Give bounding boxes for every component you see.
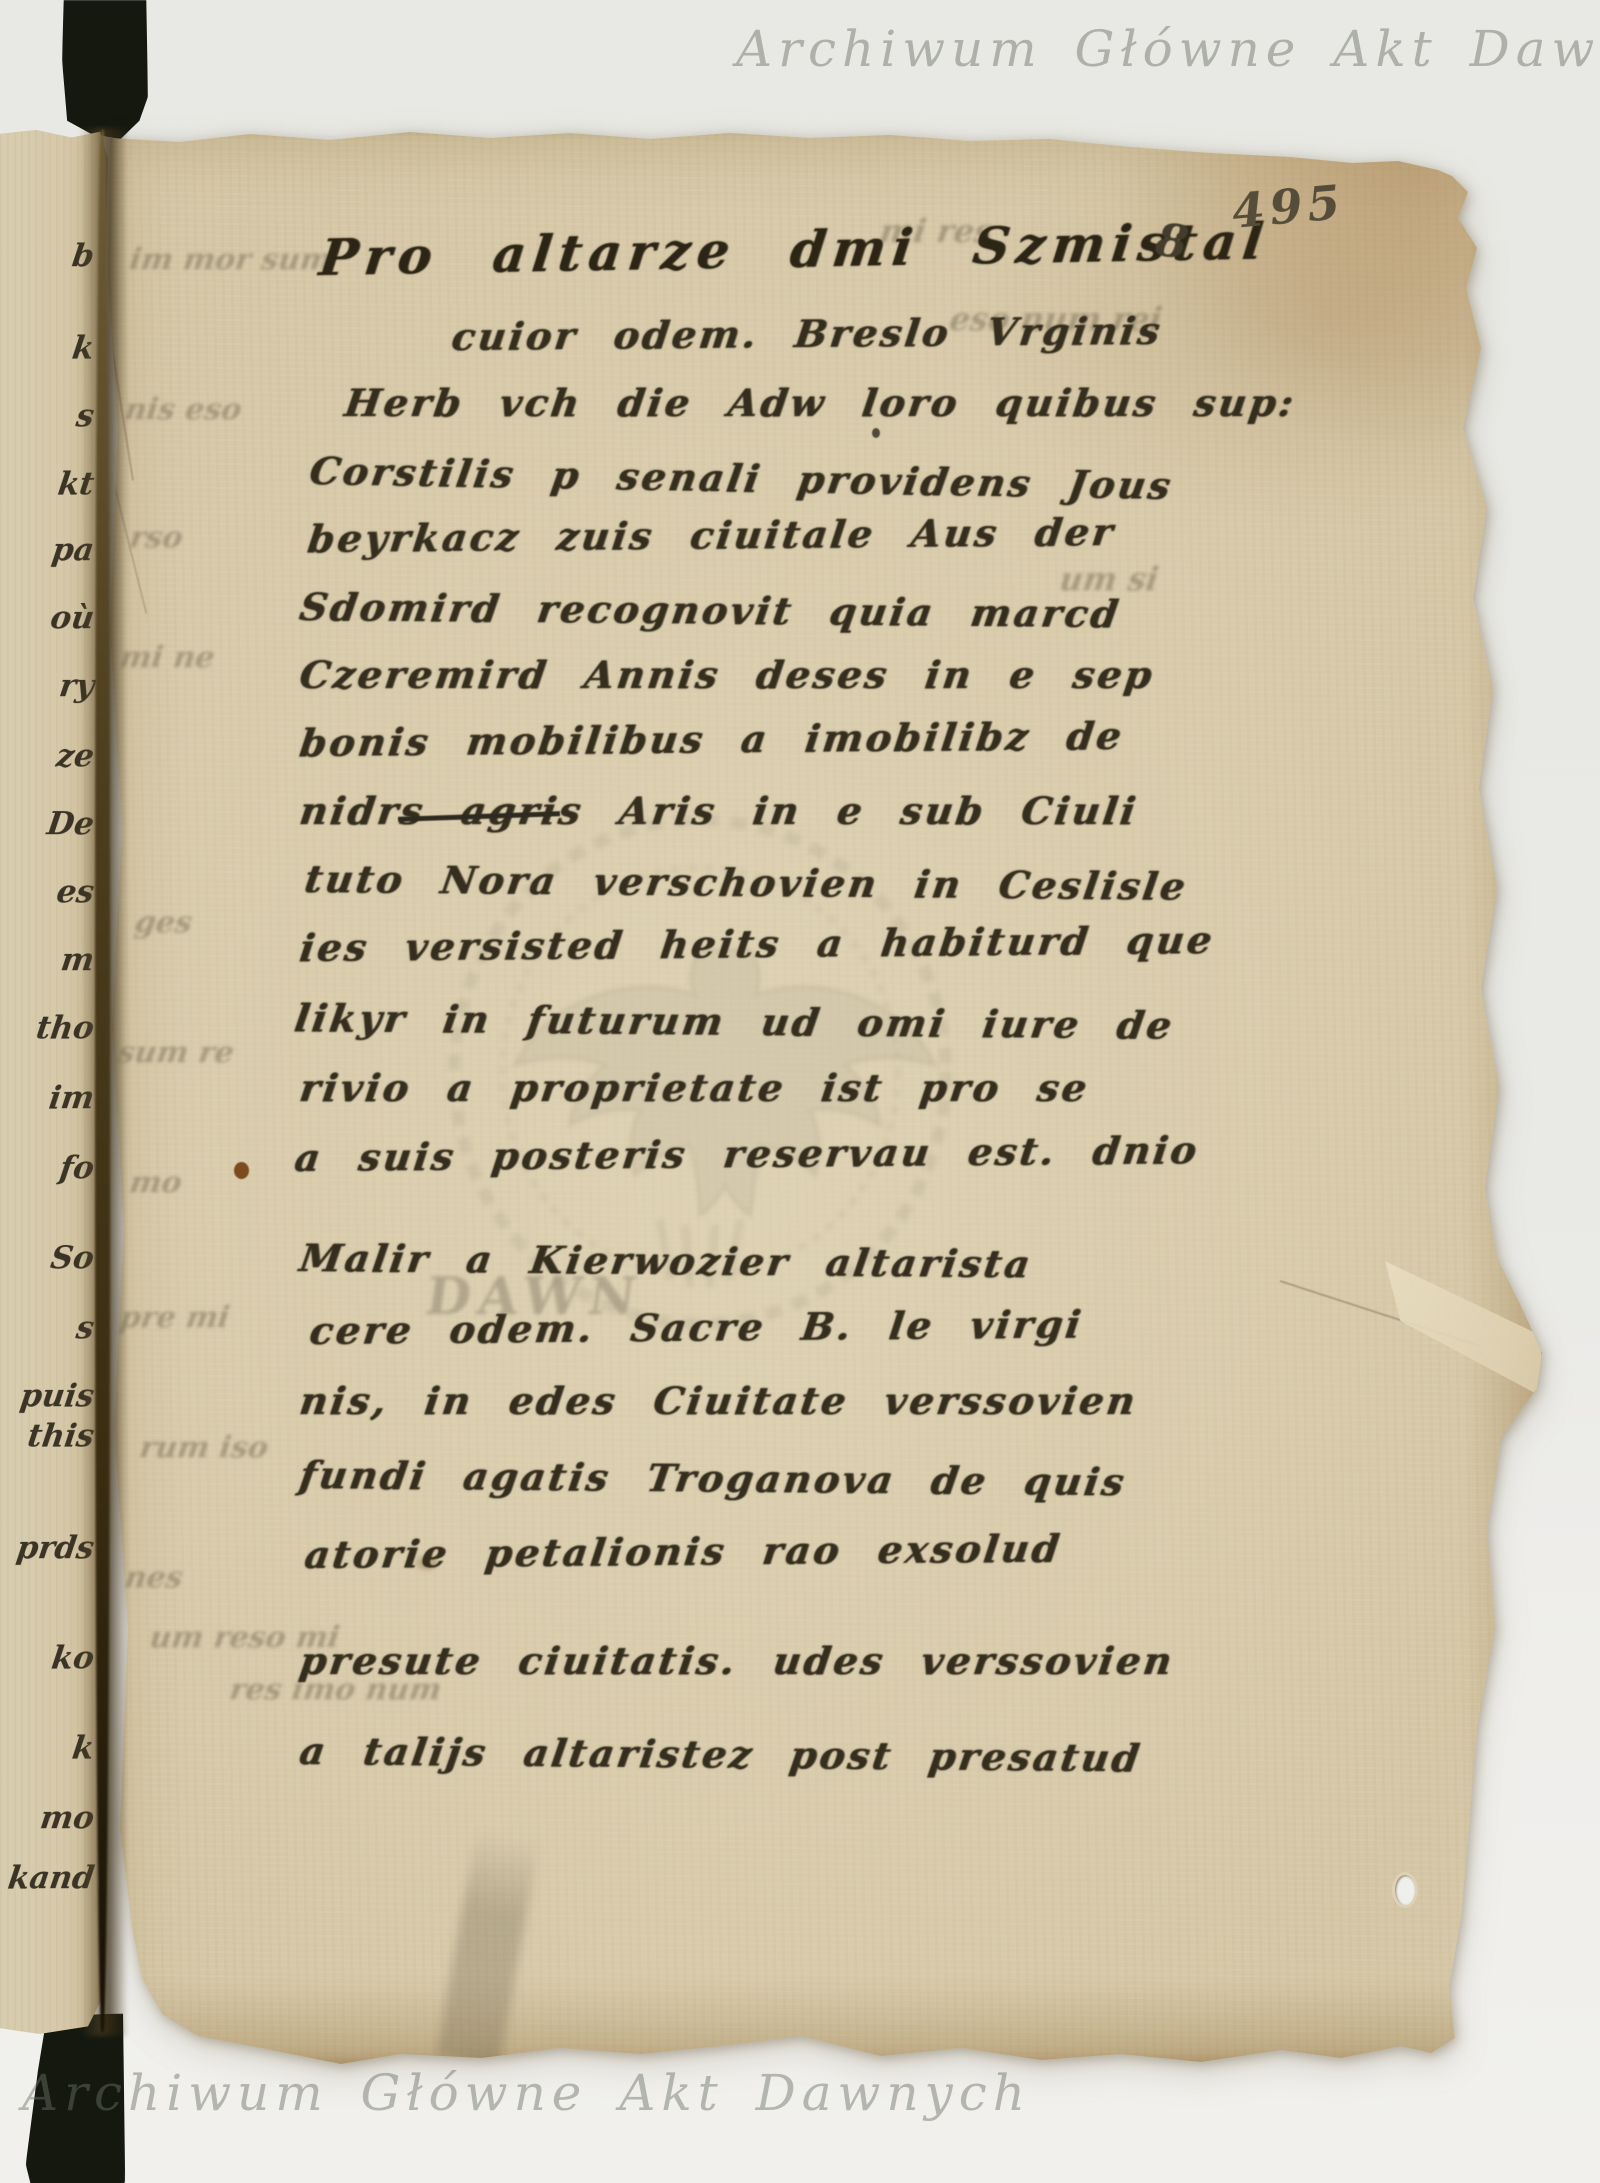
paper-hole (1392, 1872, 1418, 1908)
page-gutter (95, 130, 110, 2032)
archival-scan: Archiwum Główne Akt Dawnych Archiwum Głó… (0, 0, 1600, 2183)
archive-watermark-bottom: Archiwum Główne Akt Dawnych (22, 2064, 1031, 2122)
ink-speck (872, 428, 880, 438)
stain-spot (234, 1162, 249, 1179)
binding-tape-top (62, 0, 148, 142)
stain-spot (416, 1556, 438, 1570)
embossed-stamp-ghost (430, 800, 970, 1360)
archive-watermark-top: Archiwum Główne Akt Dawnych (736, 20, 1600, 78)
